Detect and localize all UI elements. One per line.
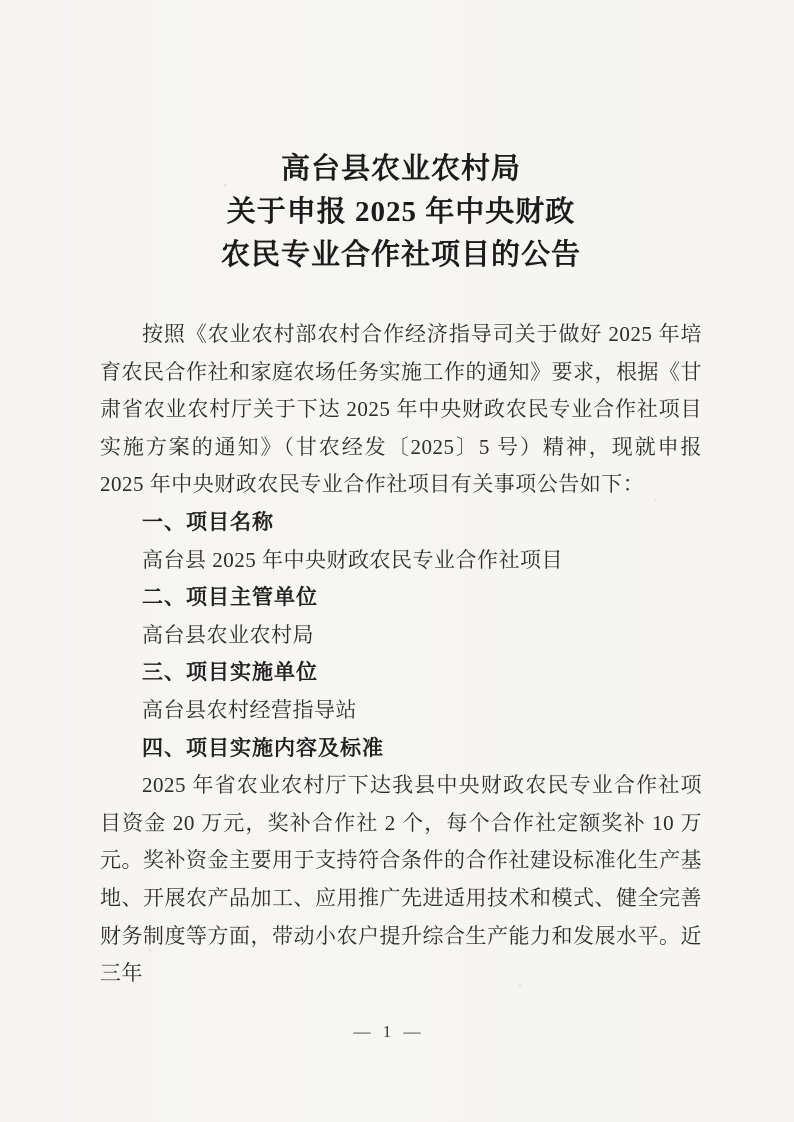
- section-heading-4-content-and-standards: 四、项目实施内容及标准: [100, 730, 702, 768]
- document-title: 高台县农业农村局 关于申报 2025 年中央财政 农民专业合作社项目的公告: [100, 148, 702, 277]
- scanned-document-page: 高台县农业农村局 关于申报 2025 年中央财政 农民专业合作社项目的公告 按照…: [0, 0, 794, 1122]
- section-4-content: 2025 年省农业农村厅下达我县中央财政农民专业合作社项目资金 20 万元，奖补…: [100, 767, 702, 993]
- document-body: 按照《农业农村部农村合作经济指导司关于做好 2025 年培育农民合作社和家庭农场…: [100, 316, 702, 993]
- page-number: — 1 —: [0, 1022, 778, 1042]
- title-line-1: 高台县农业农村局: [100, 148, 702, 191]
- document-content: 高台县农业农村局 关于申报 2025 年中央财政 农民专业合作社项目的公告 按照…: [100, 0, 702, 993]
- intro-paragraph: 按照《农业农村部农村合作经济指导司关于做好 2025 年培育农民合作社和家庭农场…: [100, 316, 702, 504]
- section-heading-2-supervising-unit: 二、项目主管单位: [100, 579, 702, 617]
- section-heading-1-project-name: 一、项目名称: [100, 504, 702, 542]
- section-heading-3-implementing-unit: 三、项目实施单位: [100, 654, 702, 692]
- section-3-content: 高台县农村经营指导站: [100, 692, 702, 730]
- section-1-content: 高台县 2025 年中央财政农民专业合作社项目: [100, 542, 702, 580]
- title-line-2: 关于申报 2025 年中央财政: [100, 191, 702, 234]
- section-2-content: 高台县农业农村局: [100, 617, 702, 655]
- title-line-3: 农民专业合作社项目的公告: [100, 234, 702, 277]
